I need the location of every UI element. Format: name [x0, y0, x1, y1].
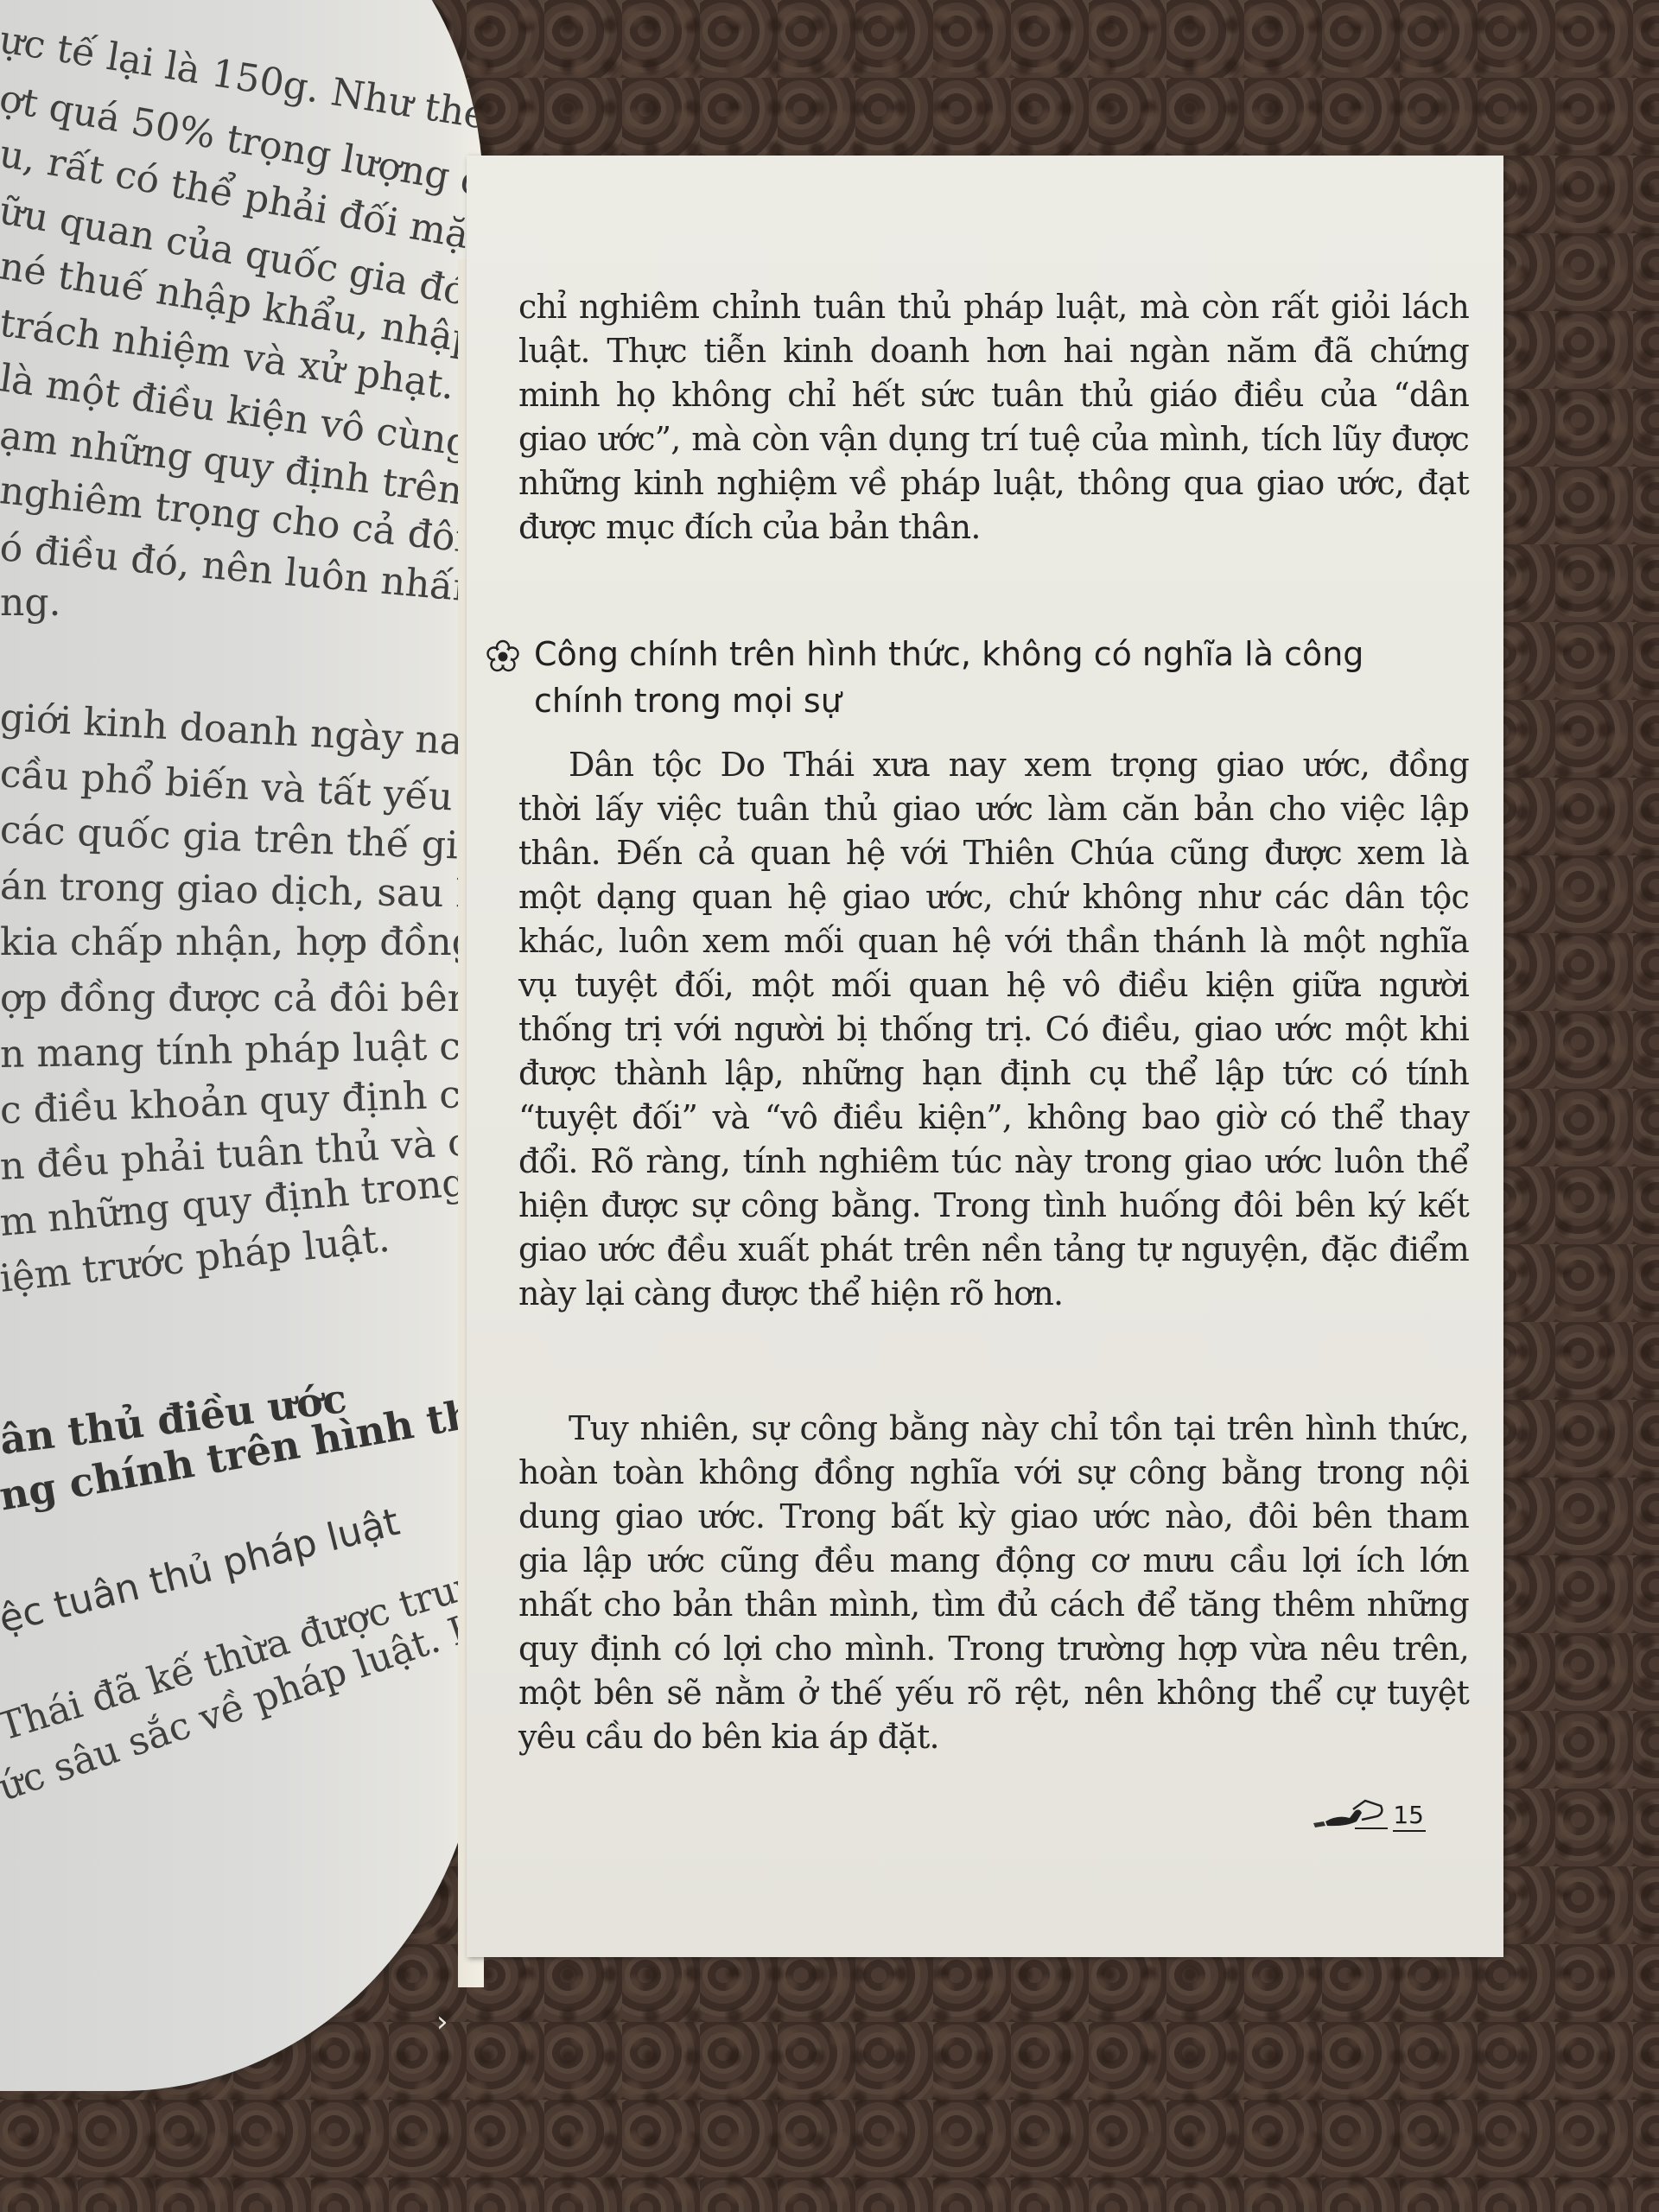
text-line: thống trị với người bị thống trị. Có điề…: [518, 1007, 1469, 1052]
left-line: kia chấp nhận, hợp đồng xem: [0, 920, 484, 964]
text-line: một bên sẽ nằm ở thế yếu rõ rệt, nên khô…: [518, 1671, 1469, 1715]
page-corner-curl: ›: [436, 2005, 448, 2039]
flower-icon: [486, 639, 520, 674]
text-line: dung giao ước. Trong bất kỳ giao ước nào…: [518, 1495, 1469, 1539]
text-line: thân. Đến cả quan hệ với Thiên Chúa cũng…: [518, 831, 1469, 875]
left-line: án trong giao dịch, sau khi để: [0, 864, 484, 918]
text-line: “tuyệt đối” và “vô điều kiện”, không bao…: [518, 1096, 1469, 1140]
text-line: yêu cầu do bên kia áp đặt.: [518, 1715, 1469, 1759]
page-number: 15: [1393, 1802, 1426, 1832]
paragraph-2: Dân tộc Do Thái xưa nay xem trọng giao ư…: [518, 743, 1469, 1316]
text-line: những kinh nghiệm về pháp luật, thông qu…: [518, 461, 1469, 505]
text-line: được thành lập, những hạn định cụ thể lậ…: [518, 1052, 1469, 1096]
text-line: giao ước đều xuất phát trên nền tảng tự …: [518, 1228, 1469, 1272]
text-line: minh họ không chỉ hết sức tuân thủ giáo …: [518, 373, 1469, 417]
text-line: luật. Thực tiễn kinh doanh hơn hai ngàn …: [518, 329, 1469, 373]
text-line: vụ tuyệt đối, một mối quan hệ vô điều ki…: [518, 963, 1469, 1007]
text-line: quy định có lợi cho mình. Trong trường h…: [518, 1627, 1469, 1671]
text-line: khác, luôn xem mối quan hệ với thần thán…: [518, 919, 1469, 963]
paragraph-3: Tuy nhiên, sự công bằng này chỉ tồn tại …: [518, 1407, 1469, 1759]
text-line: nhất cho bản thân mình, tìm đủ cách để t…: [518, 1583, 1469, 1627]
text-line: hiện được sự công bằng. Trong tình huống…: [518, 1184, 1469, 1228]
section-heading: Công chính trên hình thức, không có nghĩ…: [486, 631, 1436, 724]
writing-hand-icon: [1312, 1797, 1389, 1832]
text-line: được mục đích của bản thân.: [518, 505, 1469, 550]
left-line: n mang tính pháp luật có khả: [0, 1023, 484, 1077]
text-line: đổi. Rõ ràng, tính nghiêm túc này trong …: [518, 1140, 1469, 1184]
text-line: giao ước”, mà còn vận dụng trí tuệ của m…: [518, 417, 1469, 461]
text-line: Tuy nhiên, sự công bằng này chỉ tồn tại …: [518, 1407, 1469, 1451]
page-folio: 15: [1312, 1797, 1426, 1832]
heading-line: Công chính trên hình thức, không có nghĩ…: [486, 631, 1436, 677]
paragraph-1: chỉ nghiêm chỉnh tuân thủ pháp luật, mà …: [518, 285, 1469, 550]
text-line: thời lấy việc tuân thủ giao ước làm căn …: [518, 787, 1469, 831]
text-line: một dạng quan hệ giao ước, chứ không như…: [518, 875, 1469, 919]
text-line: Dân tộc Do Thái xưa nay xem trọng giao ư…: [518, 743, 1469, 787]
right-page: chỉ nghiêm chỉnh tuân thủ pháp luật, mà …: [467, 156, 1503, 1957]
left-line: ợp đồng được cả đôi bên ký k: [0, 976, 484, 1020]
left-line: ng.: [0, 581, 61, 625]
text-line: hoàn toàn không đồng nghĩa với sự công b…: [518, 1451, 1469, 1495]
text-line: này lại càng được thể hiện rõ hơn.: [518, 1272, 1469, 1316]
text-line: gia lập ước cũng đều mang động cơ mưu cầ…: [518, 1539, 1469, 1583]
text-line: chỉ nghiêm chỉnh tuân thủ pháp luật, mà …: [518, 285, 1469, 329]
left-page: ực tế lại là 150g. Như thế, trọng ợt quá…: [0, 0, 484, 2091]
heading-line: chính trong mọi sự: [486, 677, 1436, 724]
